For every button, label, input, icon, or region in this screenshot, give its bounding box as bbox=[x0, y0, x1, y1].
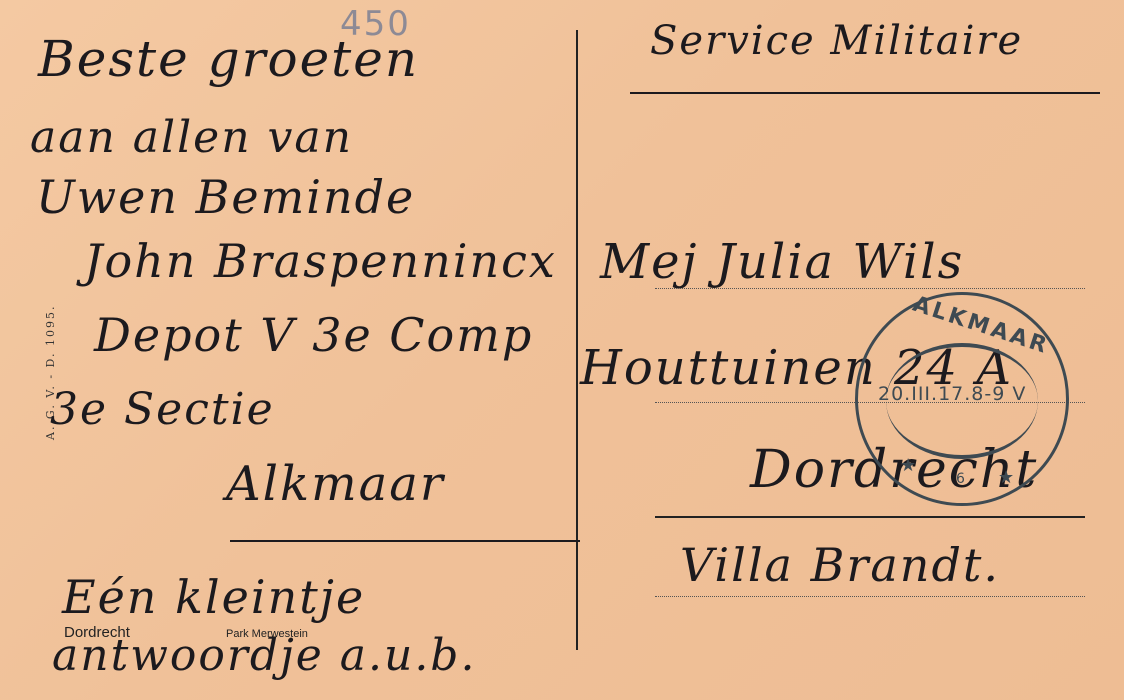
address-line-1 bbox=[655, 288, 1085, 289]
message-line-7: Alkmaar bbox=[226, 456, 445, 512]
recipient-name: Mej Julia Wils bbox=[600, 234, 964, 290]
star-icon: ★ bbox=[900, 455, 916, 476]
message-line-5: Depot V 3e Comp bbox=[94, 308, 533, 362]
recipient-extra: Villa Brandt. bbox=[680, 538, 1000, 592]
address-line-4 bbox=[655, 596, 1085, 597]
center-divider bbox=[576, 30, 578, 650]
postcard-back: 450 A. G. V. - D. 1095. Beste groeten aa… bbox=[0, 0, 1124, 700]
postmark-code: 6 bbox=[956, 471, 965, 487]
message-line-2: aan allen van bbox=[30, 112, 353, 163]
message-line-6: 3e Sectie bbox=[50, 384, 275, 435]
postscript-line-1: Eén kleintje bbox=[62, 570, 365, 624]
signature-underline bbox=[230, 540, 580, 542]
imprint-subject: Park Merwestein bbox=[226, 628, 308, 640]
imprint-place: Dordrecht bbox=[64, 624, 130, 641]
header-underline bbox=[630, 92, 1100, 94]
postmark-date: 20.III.17.8-9 V bbox=[878, 383, 1026, 405]
service-header: Service Militaire bbox=[650, 18, 1023, 64]
address-line-3 bbox=[655, 516, 1085, 518]
message-line-4: John Braspennincx bbox=[84, 234, 557, 288]
message-line-1: Beste groeten bbox=[38, 30, 419, 88]
star-icon: ★ bbox=[998, 467, 1014, 488]
postmark-stamp: ALKMAAR 20.III.17.8-9 V ★ ★ 6 bbox=[855, 292, 1069, 506]
message-line-3: Uwen Beminde bbox=[36, 170, 415, 224]
